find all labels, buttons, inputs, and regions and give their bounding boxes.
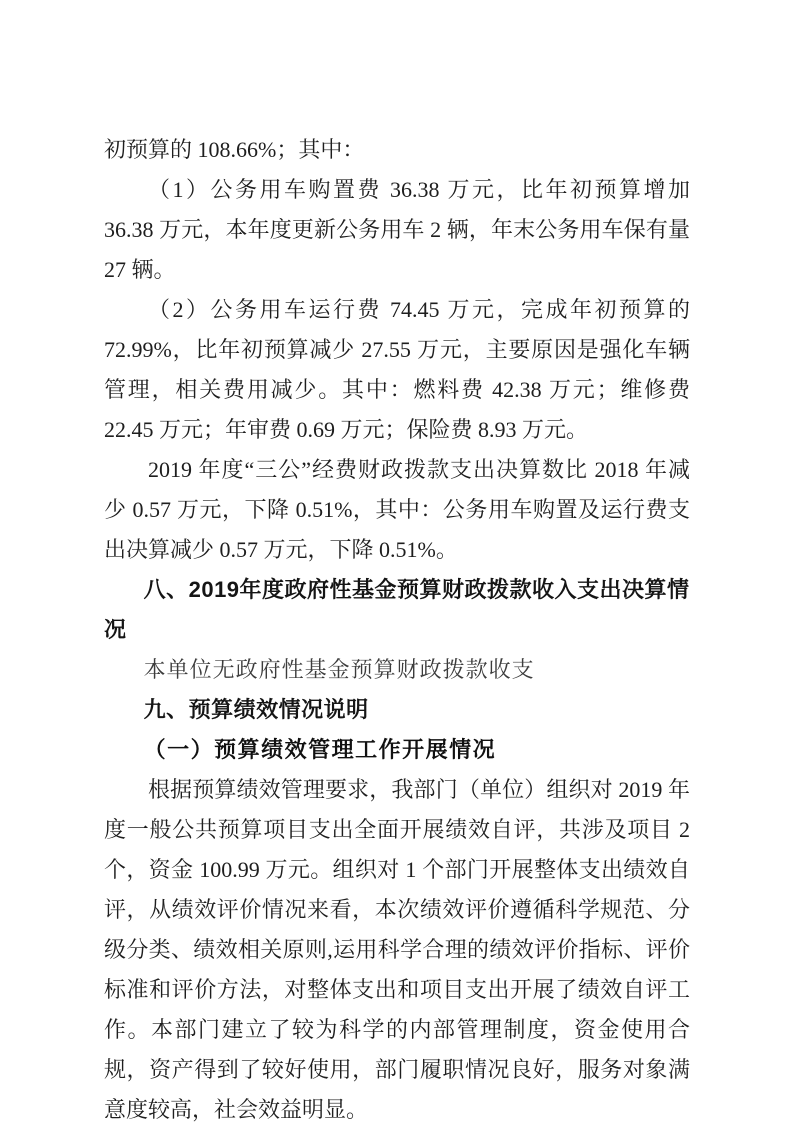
note-no-gov-fund-budget: 本单位无政府性基金预算财政拨款收支 bbox=[104, 650, 690, 690]
heading-section-8-gov-fund-budget: 八、2019年度政府性基金预算财政拨款收入支出决算情况 bbox=[104, 570, 690, 650]
paragraph-vehicle-operation: （2）公务用车运行费 74.45 万元，完成年初预算的 72.99%，比年初预算… bbox=[104, 290, 690, 450]
document-body: 初预算的 108.66%；其中： （1）公务用车购置费 36.38 万元，比年初… bbox=[104, 130, 690, 1122]
heading-section-9-performance: 九、预算绩效情况说明 bbox=[104, 690, 690, 730]
document-page: 初预算的 108.66%；其中： （1）公务用车购置费 36.38 万元，比年初… bbox=[0, 0, 793, 1122]
paragraph-vehicle-purchase: （1）公务用车购置费 36.38 万元，比年初预算增加 36.38 万元，本年度… bbox=[104, 170, 690, 290]
paragraph-three-public-comparison: 2019 年度“三公”经费财政拨款支出决算数比 2018 年减少 0.57 万元… bbox=[104, 450, 690, 570]
paragraph-budget-percent-continuation: 初预算的 108.66%；其中： bbox=[104, 130, 690, 170]
paragraph-performance-evaluation: 根据预算绩效管理要求，我部门（单位）组织对 2019 年度一般公共预算项目支出全… bbox=[104, 770, 690, 1122]
heading-subsection-performance-management: （一）预算绩效管理工作开展情况 bbox=[104, 730, 690, 770]
